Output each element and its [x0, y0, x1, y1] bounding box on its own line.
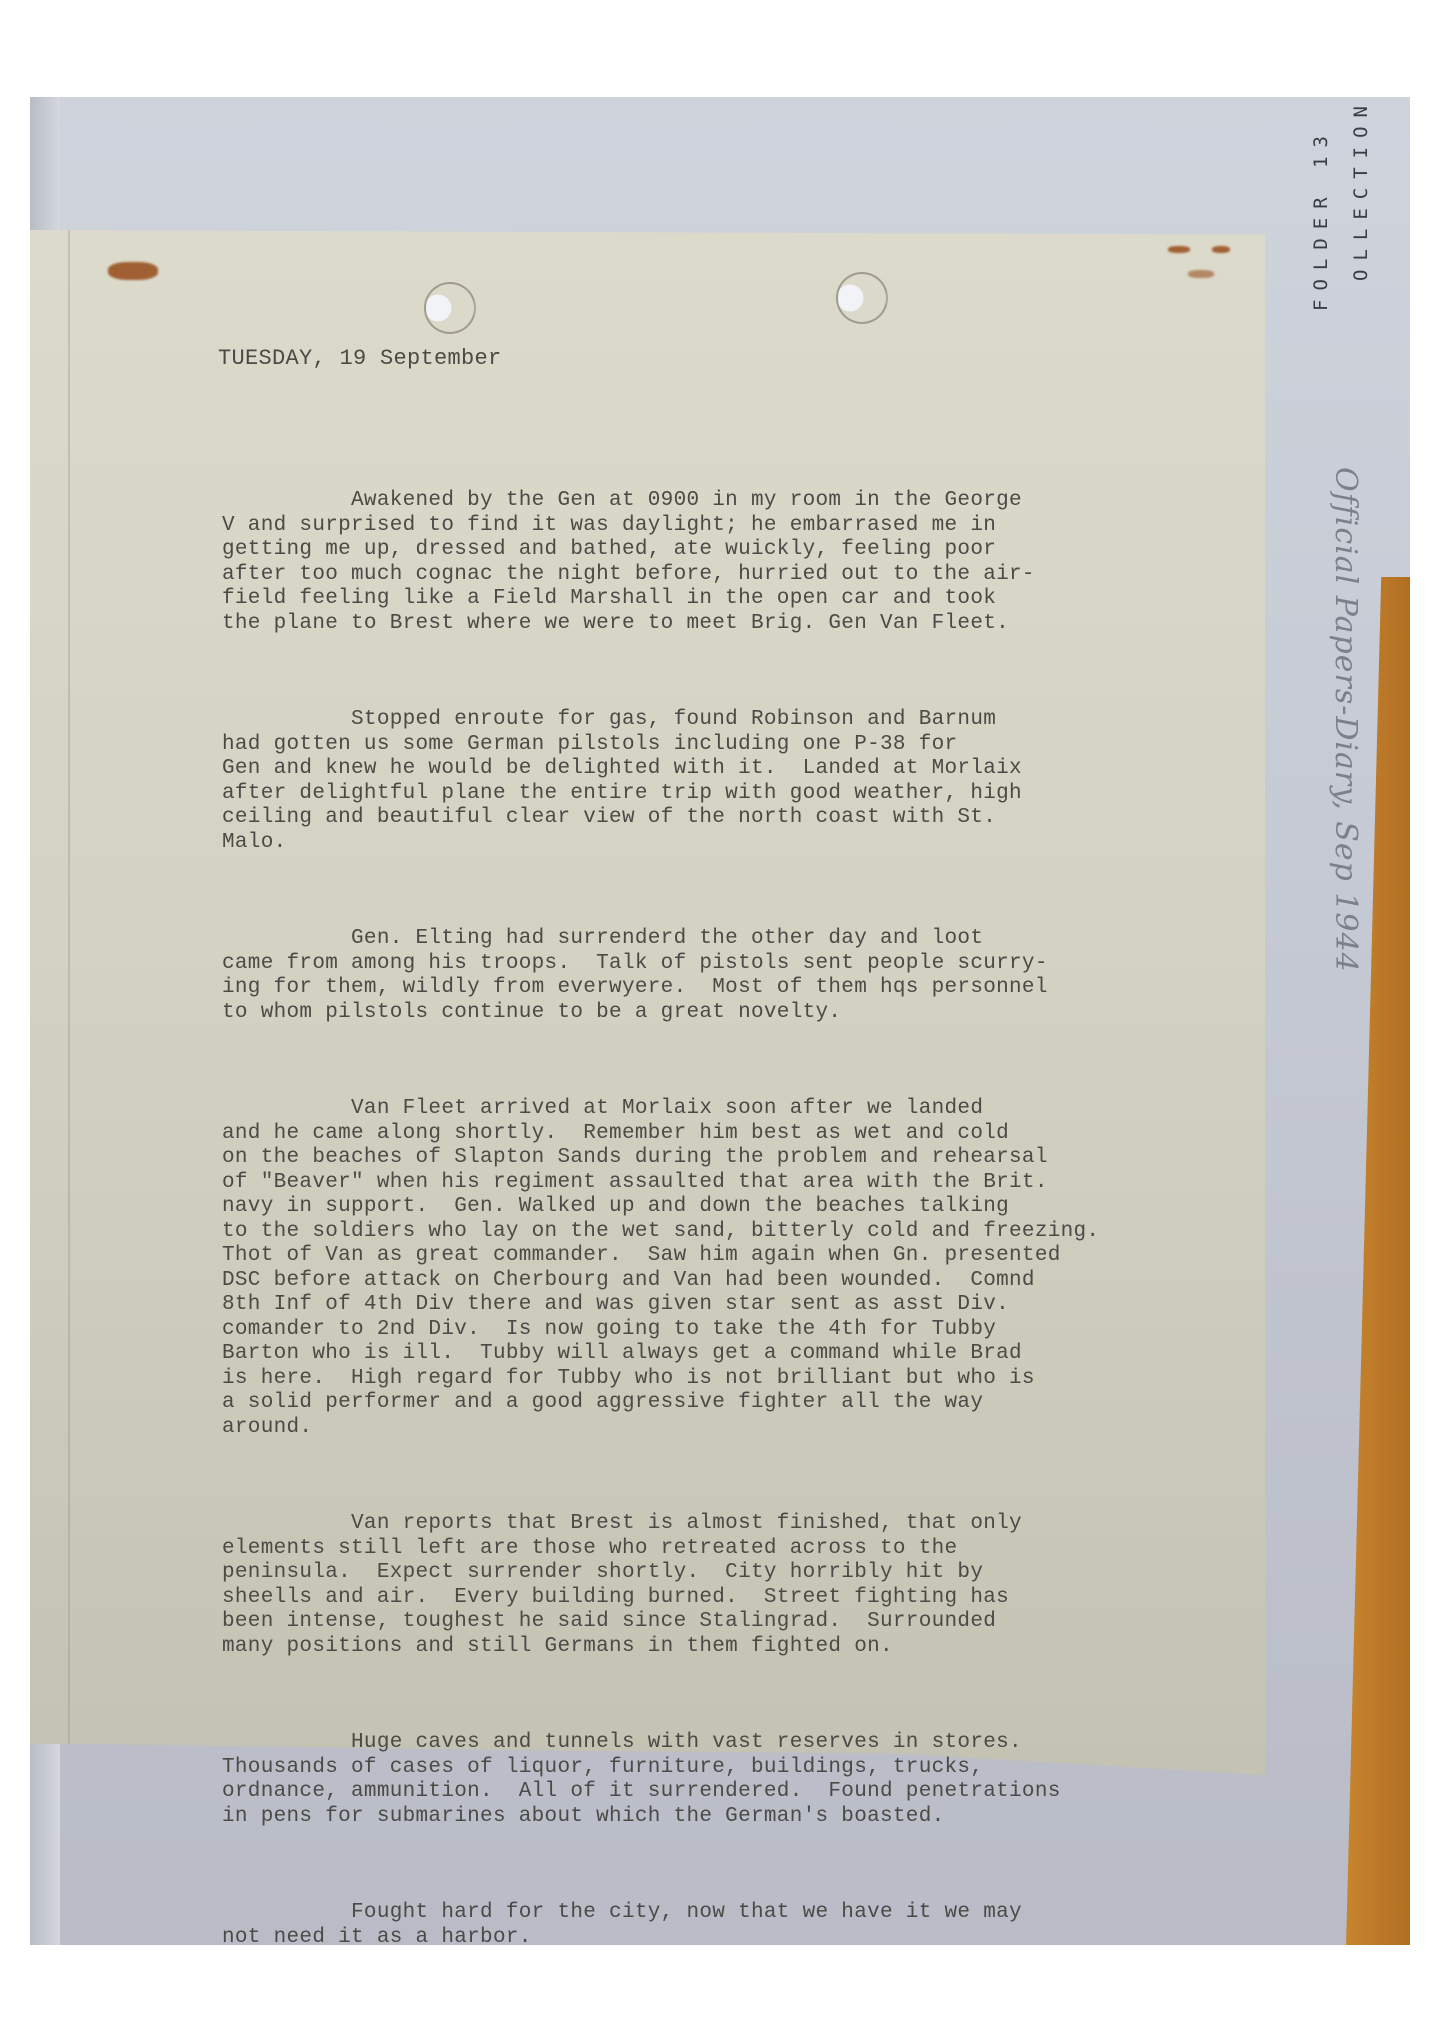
diary-paragraph: Stopped enroute for gas, found Robinson …: [222, 708, 1099, 855]
diary-paragraph: Gen. Elting had surrenderd the other day…: [222, 927, 1099, 1025]
punch-hole-left: [424, 282, 476, 334]
collection-stamp: OLLECTION: [1350, 97, 1372, 281]
diary-paragraph: Van reports that Brest is almost finishe…: [222, 1512, 1099, 1659]
diary-body: Awakened by the Gen at 0900 in my room i…: [222, 440, 1099, 1998]
diary-paragraph: Van Fleet arrived at Morlaix soon after …: [222, 1097, 1099, 1440]
page-fold-line: [68, 230, 70, 1775]
rust-stain-left: [108, 262, 158, 280]
folder-number-stamp: FOLDER 13: [1310, 127, 1332, 311]
diary-paragraph: Fought hard for the city, now that we ha…: [222, 1901, 1099, 1950]
diary-date-heading: TUESDAY, 19 September: [218, 347, 502, 372]
rust-stain-right-3: [1188, 270, 1214, 278]
punch-hole-right: [836, 272, 888, 324]
rust-stain-right-2: [1212, 246, 1230, 253]
diary-paragraph: Huge caves and tunnels with vast reserve…: [222, 1731, 1099, 1829]
rust-stain-right-1: [1168, 246, 1190, 253]
handwritten-folder-label: Official Papers-Diary, Sep 1944: [1328, 467, 1363, 973]
diary-paragraph: Awakened by the Gen at 0900 in my room i…: [222, 489, 1099, 636]
